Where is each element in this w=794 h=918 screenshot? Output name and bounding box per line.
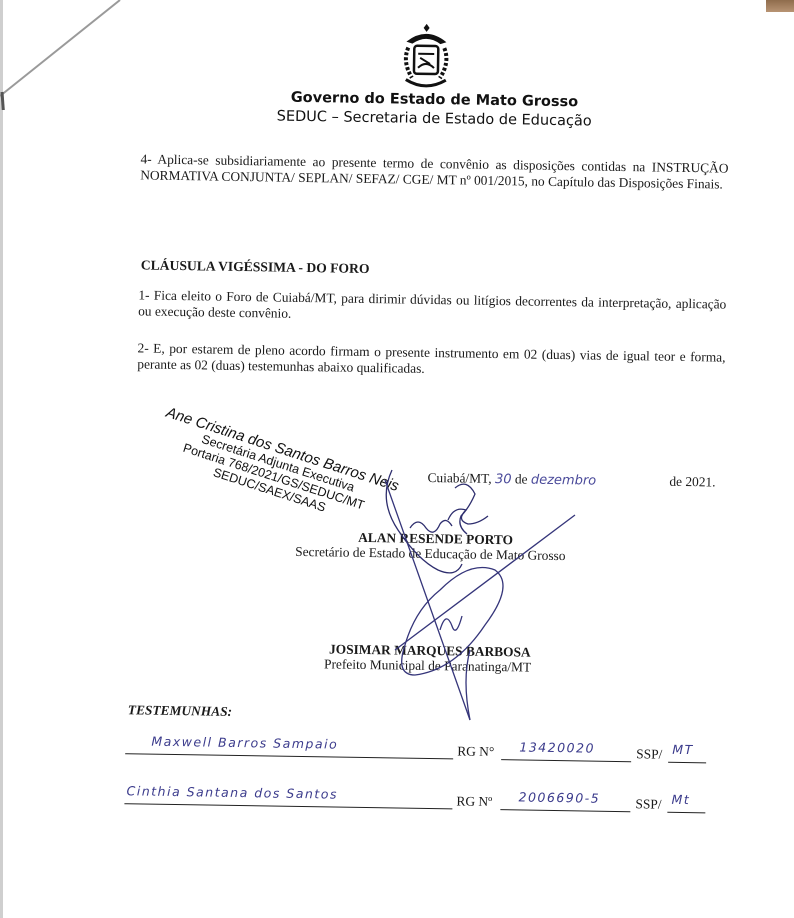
witness-name-field: Cinthia Santana dos Santos — [124, 781, 452, 809]
witnesses-title: TESTEMUNHAS: — [128, 702, 232, 720]
date-line: Cuiabá/MT, 30 de dezembro de 2021. — [427, 470, 715, 491]
ssp-field: MT — [668, 740, 706, 764]
witness-row: Cinthia Santana dos Santos RG Nº 2006690… — [124, 781, 714, 812]
date-place: Cuiabá/MT, — [427, 470, 491, 486]
ssp-field: Mt — [667, 790, 705, 814]
ssp-value: MT — [672, 742, 694, 757]
ssp-label: SSP/ — [636, 746, 662, 762]
rg-label: RG N° — [457, 743, 494, 760]
rg-value: 2006690-5 — [518, 789, 600, 805]
clause-title: CLÁUSULA VIGÉSSIMA - DO FORO — [141, 257, 370, 277]
date-de: de — [515, 471, 528, 486]
witness-name: Maxwell Barros Sampaio — [151, 734, 338, 752]
clause-paragraph-2: 2- E, por estarem de pleno acordo firmam… — [137, 340, 725, 380]
rg-field: 13420020 — [501, 737, 631, 762]
date-year: de 2021. — [669, 474, 715, 491]
rg-value: 13420020 — [519, 739, 595, 755]
ssp-label: SSP/ — [635, 796, 661, 812]
date-day: 30 — [495, 472, 512, 487]
ssp-value: Mt — [671, 792, 690, 807]
rg-label: RG Nº — [456, 793, 492, 810]
paragraph-4: 4- Aplica-se subsidiariamente ao present… — [140, 151, 728, 191]
signatory-2-role: Prefeito Municipal de Paranatinga/MT — [312, 656, 542, 676]
witness-name-field: Maxwell Barros Sampaio — [125, 731, 453, 759]
date-month: dezembro — [531, 473, 597, 489]
rg-field: 2006690-5 — [500, 787, 630, 812]
witness-name: Cinthia Santana dos Santos — [126, 783, 338, 801]
official-stamp: Ane Cristina dos Santos Barros Neis Secr… — [151, 406, 400, 534]
document-page: Governo do Estado de Mato Grosso SEDUC –… — [0, 0, 794, 918]
clause-paragraph-1: 1- Fica eleito o Foro de Cuiabá/MT, para… — [138, 287, 726, 327]
witness-row: Maxwell Barros Sampaio RG N° 13420020 SS… — [125, 731, 715, 762]
signatory-1-role: Secretário de Estado de Educação de Mato… — [280, 544, 580, 565]
coat-of-arms-icon — [392, 23, 461, 92]
